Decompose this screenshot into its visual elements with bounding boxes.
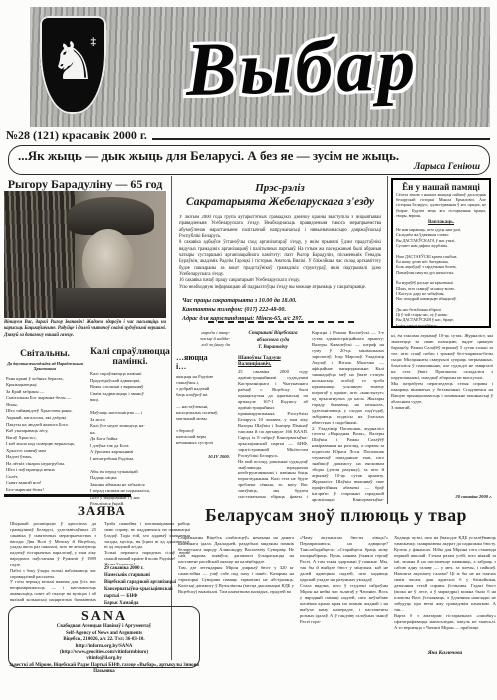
memory-poem-title: Ваплакаць. <box>396 220 486 225</box>
double-cross-icon: ‡ <box>91 36 97 48</box>
poem-svitalny: Світальны. Да двухтысячагодзьдзя ад Нара… <box>6 349 84 493</box>
memory-box: Ён у нашай памяці Сёлета зімою з нашага … <box>391 178 491 328</box>
photo-caption: Віншуем Вас, дарагі Рыгор Іванавіч! Жада… <box>4 320 166 339</box>
sana-logo: SANA <box>9 609 199 624</box>
newspaper-title: Выбар <box>115 4 490 130</box>
spit-article-col3: Ходзяць чуткі, што на ўваходзе КДБ устал… <box>394 535 496 647</box>
press-release-body: У лютым 2000 года група аўтарытэтных гра… <box>179 215 381 295</box>
letter-body-2: Карэцкі і Ромаш Васілеўскі — 3-е сутак а… <box>312 330 384 502</box>
press-release-title: Прэс-рэліз <box>176 182 384 194</box>
baradulin-photo <box>4 191 166 318</box>
poem-paminki-title: Калі спраўляюцца памінкі. <box>90 347 170 367</box>
right-column-date: 20 сакавіка 2000 г. <box>400 494 492 500</box>
continuation-date: 10.IV 2000. <box>176 454 230 460</box>
issue-rule <box>152 138 490 140</box>
mans-coat <box>56 288 166 318</box>
dashed-divider <box>208 321 354 323</box>
poem-svitalny-lines: Рана крыві ў лобных берагах, Крыжацьвець… <box>6 376 84 493</box>
issue-line: №28 (121) красавік 2000 г. <box>6 128 147 143</box>
jubilee-headline: Рыгору Барадуліну — 65 год <box>2 177 168 192</box>
pahonia-coat-of-arms: ♞ ‡ <box>40 16 106 114</box>
press-release-subtitle: Сакратарыята Жебеларускага з'езду <box>176 196 384 208</box>
sana-topics: Зьвесткі аб Міроне, Віцебскай Радзе Парт… <box>9 663 199 676</box>
spit-article-headline: Беларусам зноў плююць у твар <box>177 505 495 526</box>
memory-box-intro: Сёлета зімою з нашага жыцьця пайшоў дась… <box>396 192 486 218</box>
memory-box-title: Ён у нашай памяці <box>396 182 486 192</box>
continuation-subhead: …яюцца і… <box>176 353 230 371</box>
letter-column-1: Старшыні Віцебскага абласнога суда Т. Ва… <box>238 330 308 499</box>
poem-svitalny-title: Світальны. <box>6 349 84 359</box>
continuation-fragment: народа і твор- часьці й найда- лей за ўв… <box>176 330 230 348</box>
slogan-author: Ларыса Геніюш <box>330 162 480 172</box>
memory-poem-lines: Не нам наракаць, што ідуць нам далі, Скл… <box>396 227 486 328</box>
poem-paminki: Калі спраўляюцца памінкі. Калі спраўляюц… <box>90 347 170 508</box>
secretariat-phone: Кантактны тэлефон: (017) 222-48-00. <box>182 306 382 315</box>
section-rule <box>4 494 131 497</box>
letter-addressee: Старшыні Віцебскага абласнога суда Т. Ва… <box>238 330 308 351</box>
pahonia-knight-icon: ♞ <box>50 36 97 88</box>
letter-salutation: Шаноўны Тадэуш Валянцінавіч, <box>238 355 308 367</box>
column-rule-right <box>387 176 388 504</box>
zayava-col1: Шырокай росквіцьцю ў адносінах да грамад… <box>10 521 96 603</box>
letter-body-1: 25 сакавіка 2000 году адміністрацыйнымі … <box>238 369 308 499</box>
mans-face <box>82 229 134 295</box>
spit-article-col1: Старажытны Віцебск «пабагацеў» нечакана … <box>178 535 294 697</box>
spit-article-signature: Яна Калючова <box>394 650 496 656</box>
masthead-banner: ♞ ‡ Выбар <box>30 7 490 127</box>
sana-box: SANA Свабодная Агенцыя Навінаў і Аргумен… <box>8 606 200 668</box>
continuation-lines: жыцьця на Радзіме счакаўшы і, з добрай н… <box>176 374 230 446</box>
spit-article-col2: «Чаму акупантам бюсты ліюць?» Перапрашаю… <box>300 535 388 697</box>
secretariat-hours: Час працы сакратарыята з 10.00 да 18.00. <box>182 297 382 306</box>
right-column-text: ні, ён таксама атрымаў 10-ць сутак. Журн… <box>391 333 493 491</box>
continuation-column: народа і твор- часьці й найда- лей за ўв… <box>176 330 230 460</box>
poem-svitalny-epigraph: Да двухтысячагодзьдзя ад Нараджэньня Хры… <box>6 361 84 372</box>
zayava-headline: ЗАЯВА <box>0 503 204 519</box>
newspaper-page: ♞ ‡ Выбар №28 (121) красавік 2000 г. ...… <box>0 0 497 700</box>
poem-paminki-lines: Калі спраўляюцца памінкі Прадзедаўскай а… <box>90 371 170 508</box>
